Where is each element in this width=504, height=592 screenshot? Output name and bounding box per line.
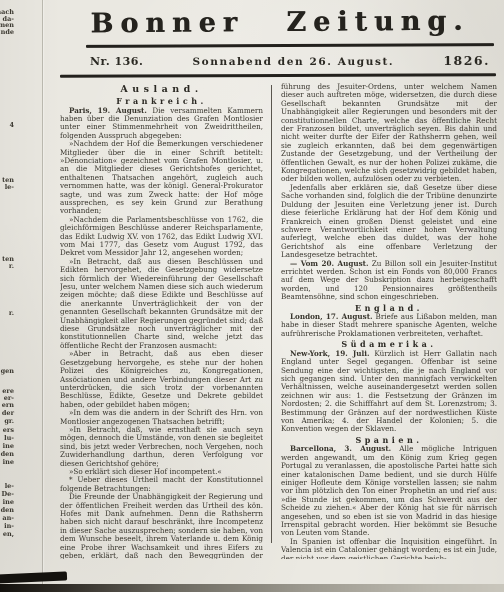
page-bottom-left-edge: [0, 571, 67, 583]
paragraph-text: »Nachdem die Parlamentsbeschlüsse von 17…: [60, 215, 263, 258]
newspaper-title: Bonner Zeitung.: [60, 5, 500, 39]
paragraph-text: »In dem was die andern in der Schrift de…: [60, 408, 263, 425]
page-content: Bonner Zeitung. Nr. 136. Sonnabend den 2…: [60, 0, 500, 559]
edge-text-fragment: le-: [5, 483, 14, 490]
edge-text-fragment: den: [1, 451, 14, 458]
edge-text-fragment: ine: [3, 459, 14, 466]
paragraph-text: Die Freunde der Unabhängigkeit der Regie…: [60, 492, 263, 559]
article-paragraph: Paris, 19. August. Die versammelten Kamm…: [60, 107, 263, 141]
article-paragraph: London, 17. August. Briefe aus Lißabon m…: [281, 313, 497, 338]
section-heading-england: England.: [281, 303, 497, 313]
dateline: Nr. 136. Sonnabend den 26. August. 1826.: [60, 53, 500, 68]
article-paragraph: Barcellona, 3. August. Alle mögliche Int…: [281, 445, 497, 537]
page-fold-line: [42, 0, 43, 588]
edge-text-fragment: r.: [9, 310, 14, 317]
paragraph-text: »Nachdem der Hof die Bemerkungen verschi…: [60, 139, 263, 215]
page-bottom-edge: [0, 584, 504, 592]
article-paragraph: führung des Jesuiter-Ordens, unter welch…: [281, 83, 497, 184]
edge-text-fragment: r.: [9, 263, 14, 270]
issue-year: 1826.: [443, 53, 490, 68]
article-paragraph: Jedenfalls aber erklären sie, daß Gesetz…: [281, 184, 497, 260]
paragraph-text: führung des Jesuiter-Ordens, unter welch…: [281, 83, 497, 183]
paragraph-text: Alle mögliche Intriguen werden angewandt…: [281, 444, 497, 537]
section-heading-spanien: Spanien.: [281, 435, 497, 445]
article-paragraph: * Ueber dieses Urtheil macht der Konstit…: [60, 476, 263, 493]
edge-text-fragment: gr.: [4, 418, 14, 425]
edge-text-fragment: le-: [5, 184, 14, 191]
right-column: führung des Jesuiter-Ordens, unter welch…: [281, 83, 500, 559]
paragraph-text: »Aber in Betracht, daß aus eben dieser G…: [60, 349, 263, 408]
article-paragraph: »In Betracht, daß aus diesen Beschlüssen…: [60, 258, 263, 350]
header-rule-bottom: [60, 73, 496, 78]
newspaper-page: nachda-mennde4tenle-tenr.r.genereer-ernd…: [0, 0, 504, 592]
article-paragraph: »Nachdem der Hof die Bemerkungen verschi…: [60, 140, 263, 216]
edge-text-fragment: ers: [3, 427, 14, 434]
section-heading-suedamerika: Südamerika.: [281, 339, 497, 349]
edge-text-fragment: lu-: [4, 435, 14, 442]
edge-text-fragment: ine: [3, 499, 14, 506]
column-divider: [271, 85, 272, 543]
issue-number: Nr. 136.: [90, 55, 143, 68]
edge-text-fragment: en,: [3, 531, 14, 538]
left-column: Ausland. Frankreich. Paris, 19. August. …: [60, 83, 263, 559]
edge-text-fragment: gen: [1, 368, 14, 375]
page-edge-fragments: nachda-mennde4tenle-tenr.r.genereer-ernd…: [0, 0, 15, 592]
edge-text-fragment: nde: [1, 29, 14, 36]
edge-text-fragment: 4: [9, 122, 14, 129]
article-paragraph: Die Freunde der Unabhängigkeit der Regie…: [60, 493, 263, 559]
paragraph-text: Jedenfalls aber erklären sie, daß Gesetz…: [281, 183, 497, 259]
paragraph-text: Kürzlich ist Herr Gallatin nach England …: [281, 349, 497, 434]
edge-text-fragment: ern: [2, 402, 14, 409]
article-paragraph: New-York, 19. Juli. Kürzlich ist Herr Ga…: [281, 350, 497, 434]
header-rule-top: [86, 43, 494, 48]
issue-date: Sonnabend den 26. August.: [192, 56, 394, 68]
article-paragraph: »Aber in Betracht, daß aus eben dieser G…: [60, 350, 263, 409]
article-paragraph: »In Betracht, daß, wie ernsthaft sie auc…: [60, 426, 263, 468]
edge-text-fragment: der: [2, 410, 14, 417]
edge-text-fragment: De-: [2, 491, 14, 498]
article-columns: Ausland. Frankreich. Paris, 19. August. …: [60, 83, 500, 559]
article-paragraph: In Spanien ist offenbar die Inquisition …: [281, 538, 497, 559]
edge-text-fragment: den: [1, 507, 14, 514]
article-paragraph: — Vom 20. August. Zu Billon soll ein Jes…: [281, 260, 497, 302]
edge-text-fragment: in-: [4, 523, 14, 530]
paragraph-text: * Ueber dieses Urtheil macht der Konstit…: [60, 475, 263, 492]
paragraph-text: »In Betracht, daß, wie ernsthaft sie auc…: [60, 425, 263, 468]
section-heading-ausland: Ausland.: [60, 84, 263, 95]
paragraph-text: In Spanien ist offenbar die Inquisition …: [281, 537, 497, 559]
article-paragraph: »In dem was die andern in der Schrift de…: [60, 409, 263, 426]
edge-text-fragment: an-: [2, 515, 14, 522]
edge-text-fragment: ine: [3, 443, 14, 450]
article-paragraph: »Nachdem die Parlamentsbeschlüsse von 17…: [60, 216, 263, 258]
section-heading-frankreich: Frankreich.: [60, 96, 263, 106]
paragraph-text: »In Betracht, daß aus diesen Beschlüssen…: [60, 257, 263, 350]
